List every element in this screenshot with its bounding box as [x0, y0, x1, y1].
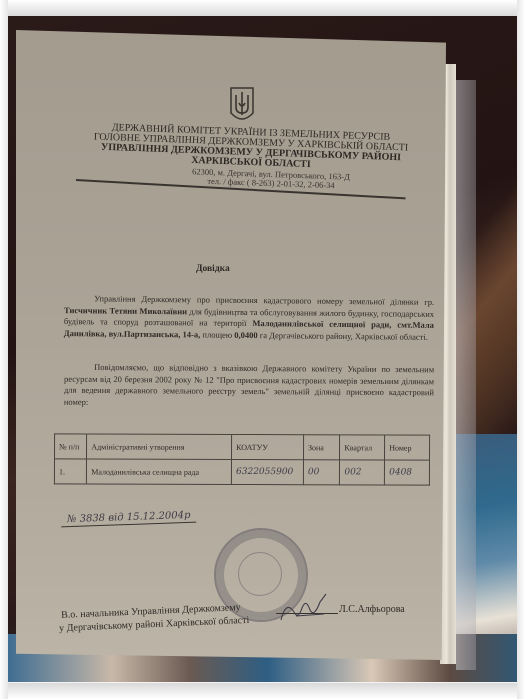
- frame-border-left: [0, 0, 8, 699]
- registration-number: № 3838 від 15.12.2004р: [61, 510, 197, 528]
- assignment-text: Повідомляємо, що відповідно з вказівкою …: [64, 362, 434, 406]
- handwritten-signature-icon: [276, 590, 336, 626]
- cell-parcel-number: 0408: [385, 460, 430, 485]
- cell-quarter: 002: [340, 460, 385, 485]
- cell-zone: 00: [303, 460, 340, 485]
- cell-admin-unit: Малоданилівська селищна рада: [87, 459, 232, 485]
- trident-emblem-icon: [228, 85, 256, 125]
- header-number: № п/п: [55, 434, 87, 459]
- frame-border-top: [0, 0, 525, 16]
- header-quarter: Квартал: [340, 435, 385, 460]
- header-koatuu: КОАТУУ: [232, 434, 304, 459]
- paragraph-parcel-info: Управління Держкомзему про присвоєння ка…: [64, 293, 434, 343]
- paragraph-suffix: га Дергачівського району, Харківської об…: [258, 330, 428, 342]
- plastic-sleeve: [456, 80, 476, 670]
- header-zone: Зона: [303, 435, 340, 460]
- photo-frame: ДЕРЖАВНИЙ КОМІТЕТ УКРАЇНИ ІЗ ЗЕМЕЛЬНИХ Р…: [0, 0, 525, 699]
- photo-background: ДЕРЖАВНИЙ КОМІТЕТ УКРАЇНИ ІЗ ЗЕМЕЛЬНИХ Р…: [8, 14, 517, 682]
- area-prefix: площею: [200, 329, 234, 339]
- owner-name: Тисчичник Тетяни Миколаївни: [64, 305, 187, 316]
- cell-number: 1.: [54, 459, 86, 484]
- signatory-name: Л.С.Алфьорова: [339, 604, 405, 615]
- frame-border-bottom: [0, 683, 525, 699]
- cell-koatuu: 6322055900: [231, 459, 303, 484]
- parcel-area: 0,0400: [234, 329, 257, 339]
- paragraph-assignment: Повідомляємо, що відповідно з вказівкою …: [64, 362, 434, 411]
- cadastral-table: № п/п Адміністративні утворення КОАТУУ З…: [54, 433, 430, 485]
- header-parcel-number: Номер: [385, 435, 430, 460]
- frame-border-right: [517, 0, 525, 699]
- table-header-row: № п/п Адміністративні утворення КОАТУУ З…: [55, 434, 430, 460]
- document-title: Довідка: [196, 264, 230, 274]
- certificate-document: ДЕРЖАВНИЙ КОМІТЕТ УКРАЇНИ ІЗ ЗЕМЕЛЬНИХ Р…: [16, 30, 446, 660]
- header-admin-unit: Адміністративні утворення: [87, 434, 232, 460]
- table-row: 1. Малоданилівська селищна рада 63220559…: [54, 459, 429, 485]
